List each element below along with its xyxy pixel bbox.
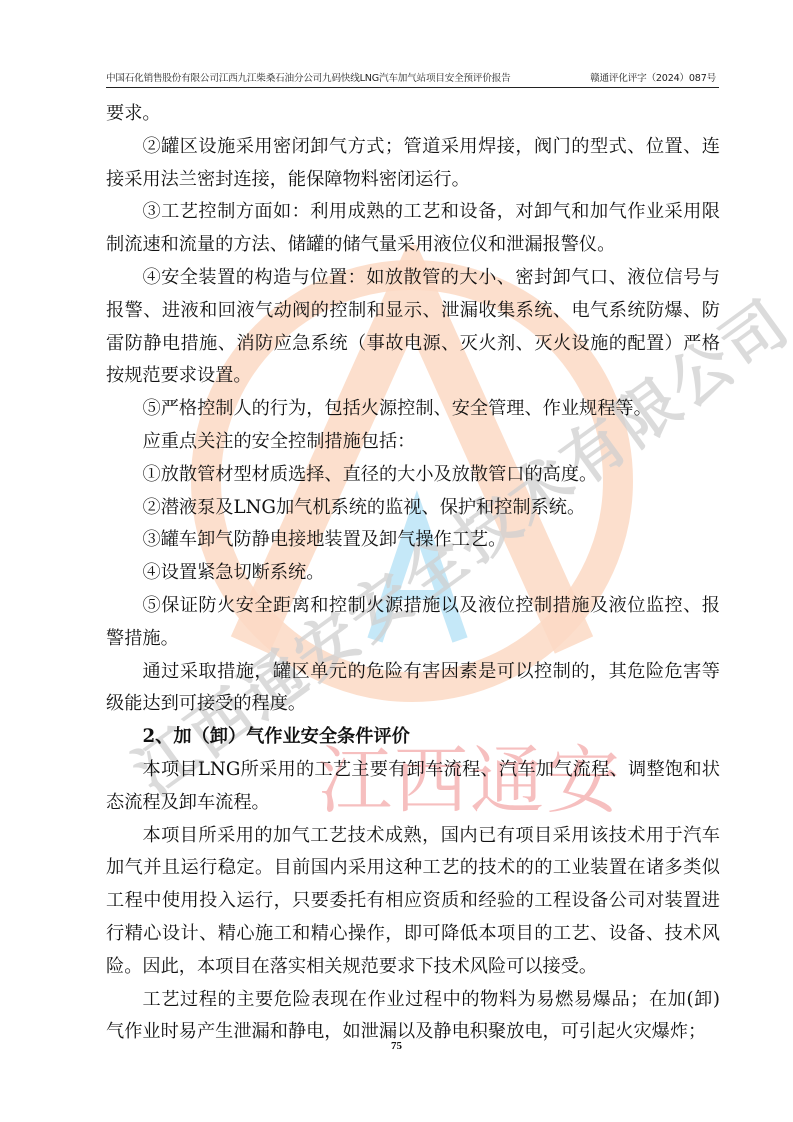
report-number: 赣通评化评字（2024）087号 bbox=[590, 70, 716, 84]
paragraph: 本项目所采用的加气工艺技术成熟，国内已有项目采用该技术用于汽车加气并且运行稳定。… bbox=[106, 820, 720, 984]
list-item: ③罐车卸气防静电接地装置及卸气操作工艺。 bbox=[106, 524, 720, 557]
paragraph: 要求。 bbox=[106, 98, 720, 131]
report-title: 中国石化销售股份有限公司江西九江柴桑石油分公司九码快线LNG汽车加气站项目安全预… bbox=[106, 70, 511, 84]
header-divider bbox=[106, 87, 719, 88]
paragraph: ②罐区设施采用密闭卸气方式；管道采用焊接，阀门的型式、位置、连接采用法兰密封连接… bbox=[106, 131, 720, 197]
document-page: 江西通安安全技术有限公司 江西通安 中国石化销售股份有限公司江西九江柴桑石油分公… bbox=[0, 0, 793, 1122]
paragraph: ③工艺控制方面如：利用成熟的工艺和设备，对卸气和加气作业采用限制流速和流量的方法… bbox=[106, 196, 720, 262]
paragraph: ④安全装置的构造与位置：如放散管的大小、密封卸气口、液位信号与报警、进液和回液气… bbox=[106, 262, 720, 393]
section-heading: 2、加（卸）气作业安全条件评价 bbox=[106, 721, 720, 754]
body-text: 要求。 ②罐区设施采用密闭卸气方式；管道采用焊接，阀门的型式、位置、连接采用法兰… bbox=[106, 98, 720, 1049]
list-item: ①放散管材型材质选择、直径的大小及放散管口的高度。 bbox=[106, 459, 720, 492]
paragraph: 本项目LNG所采用的工艺主要有卸车流程、汽车加气流程、调整饱和状态流程及卸车流程… bbox=[106, 754, 720, 820]
list-item: ②潜液泵及LNG加气机系统的监视、保护和控制系统。 bbox=[106, 492, 720, 525]
paragraph: ⑤严格控制人的行为，包括火源控制、安全管理、作业规程等。 bbox=[106, 393, 720, 426]
list-item: ④设置紧急切断系统。 bbox=[106, 557, 720, 590]
list-item: ⑤保证防火安全距离和控制火源措施以及液位控制措施及液位监控、报警措施。 bbox=[106, 590, 720, 656]
page-number: 75 bbox=[0, 1040, 793, 1052]
paragraph: 通过采取措施，罐区单元的危险有害因素是可以控制的，其危险危害等级能达到可接受的程… bbox=[106, 656, 720, 722]
page-header: 中国石化销售股份有限公司江西九江柴桑石油分公司九码快线LNG汽车加气站项目安全预… bbox=[106, 70, 718, 86]
paragraph: 应重点关注的安全控制措施包括： bbox=[106, 426, 720, 459]
